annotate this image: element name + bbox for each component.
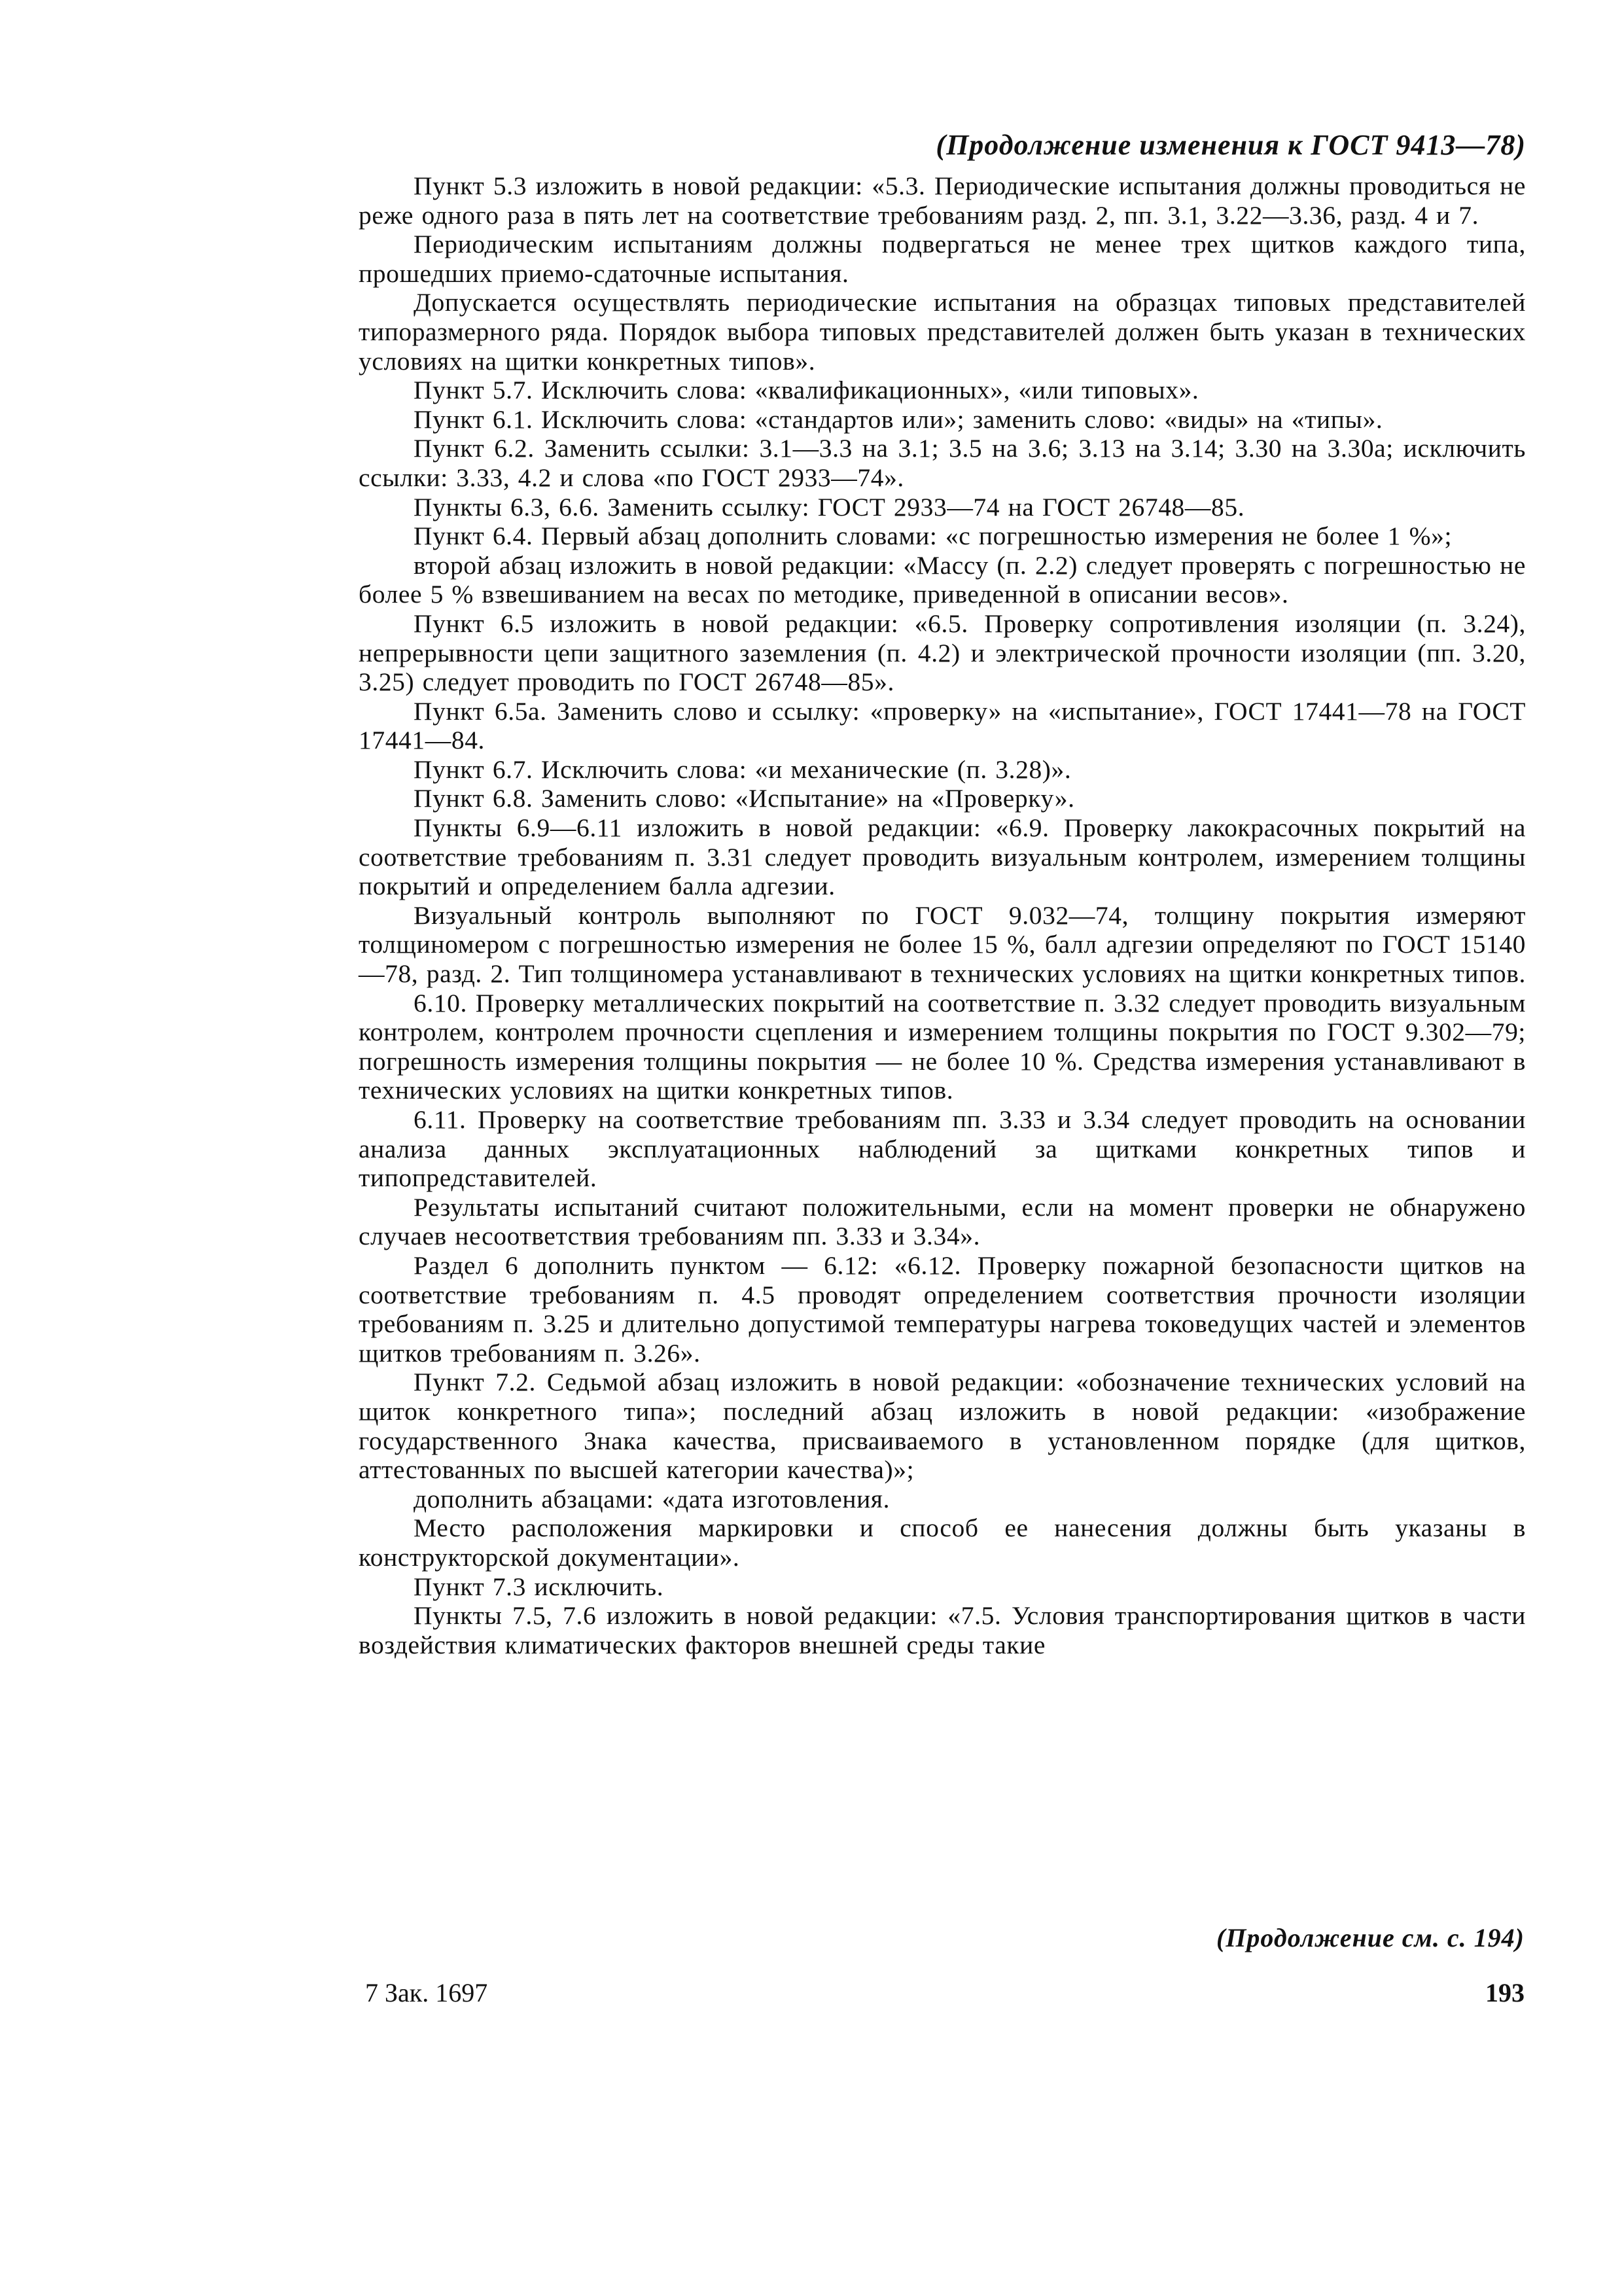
paragraph: Пункт 6.1. Исключить слова: «стандартов … xyxy=(359,405,1526,434)
paragraph: Пункт 6.2. Заменить ссылки: 3.1—3.3 на 3… xyxy=(359,434,1526,492)
continued-note: (Продолжение см. с. 194) xyxy=(1216,1922,1525,1953)
paragraph: Допускается осуществлять периодические и… xyxy=(359,288,1526,376)
paragraph: Пункт 6.7. Исключить слова: «и механичес… xyxy=(359,755,1526,785)
paragraph: Визуальный контроль выполняют по ГОСТ 9.… xyxy=(359,901,1526,989)
paragraph: Пункт 6.5 изложить в новой редакции: «6.… xyxy=(359,609,1526,697)
paragraph: Периодическим испытаниям должны подверга… xyxy=(359,230,1526,288)
document-page: (Продолжение изменения к ГОСТ 9413—78) П… xyxy=(0,0,1624,2296)
paragraph: Пункты 6.9—6.11 изложить в новой редакци… xyxy=(359,813,1526,901)
paragraph: Пункт 7.3 исключить. xyxy=(359,1572,1526,1602)
paragraph: Пункт 5.7. Исключить слова: «квалификаци… xyxy=(359,376,1526,405)
paragraph: Пункт 7.2. Седьмой абзац изложить в ново… xyxy=(359,1368,1526,1484)
paragraph: Пункт 6.5а. Заменить слово и ссылку: «пр… xyxy=(359,697,1526,755)
paragraph: Пункт 6.8. Заменить слово: «Испытание» н… xyxy=(359,784,1526,813)
paragraph: Раздел 6 дополнить пунктом — 6.12: «6.12… xyxy=(359,1251,1526,1368)
paragraph: 6.10. Проверку металлических покрытий на… xyxy=(359,989,1526,1105)
page-number: 193 xyxy=(1485,1977,1525,2008)
paragraph: Пункты 6.3, 6.6. Заменить ссылку: ГОСТ 2… xyxy=(359,493,1526,522)
paragraph: Пункты 7.5, 7.6 изложить в новой редакци… xyxy=(359,1601,1526,1659)
paragraph: дополнить абзацами: «дата изготовления. xyxy=(359,1485,1526,1514)
body-text: Пункт 5.3 изложить в новой редакции: «5.… xyxy=(359,171,1526,1659)
paragraph: 6.11. Проверку на соответствие требовани… xyxy=(359,1105,1526,1193)
paragraph: Место расположения маркировки и способ е… xyxy=(359,1513,1526,1572)
paragraph: Пункт 5.3 изложить в новой редакции: «5.… xyxy=(359,171,1526,230)
paragraph: Результаты испытаний считают положительн… xyxy=(359,1193,1526,1251)
paragraph: второй абзац изложить в новой редакции: … xyxy=(359,551,1526,609)
order-number: 7 Зак. 1697 xyxy=(365,1977,487,2008)
running-head: (Продолжение изменения к ГОСТ 9413—78) xyxy=(936,128,1526,162)
page-footer: 7 Зак. 1697 193 xyxy=(365,1977,1525,2008)
paragraph: Пункт 6.4. Первый абзац дополнить словам… xyxy=(359,521,1526,551)
